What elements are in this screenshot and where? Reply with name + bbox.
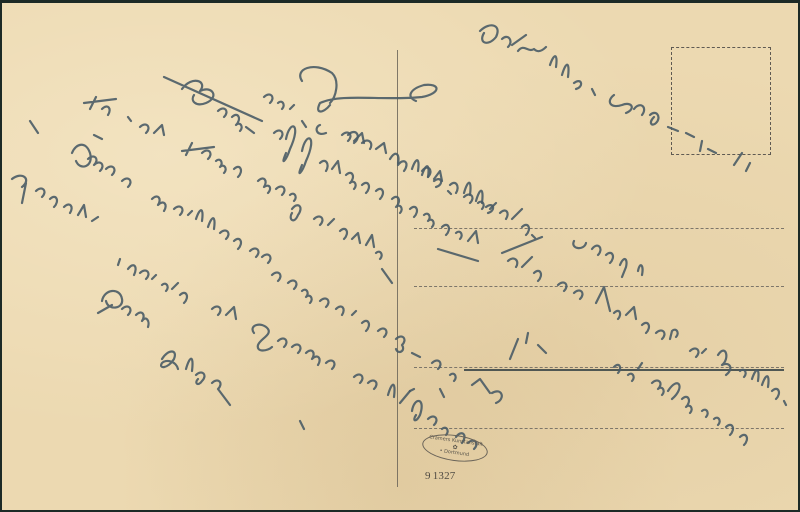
message-line-6 [12, 176, 476, 449]
publisher-stamp: Cramers Kunstanstalt ✿ • Dortmund [421, 431, 490, 466]
address-line-2 [414, 286, 784, 287]
address-line-4 [414, 428, 784, 429]
card-number-value: 1327 [433, 470, 456, 482]
card-number: 91327 [425, 470, 456, 482]
publisher-city: • Dortmund [439, 449, 469, 459]
message-line-5 [72, 145, 502, 403]
message-line-1 [348, 132, 643, 277]
message-line-7 [30, 121, 444, 429]
greeting-flourish [300, 67, 436, 111]
address-line-3 [414, 367, 784, 368]
card-number-prefix: 9 [425, 470, 431, 482]
message-line-3 [164, 77, 478, 261]
signature [98, 291, 230, 405]
address-line-1 [414, 228, 784, 229]
vertical-divider [397, 50, 398, 487]
address-underline-ink [464, 369, 784, 371]
message-line-4 [84, 97, 747, 445]
postcard-back: Cramers Kunstanstalt ✿ • Dortmund 91327 [2, 3, 798, 510]
stamp-placeholder-box [671, 47, 771, 155]
